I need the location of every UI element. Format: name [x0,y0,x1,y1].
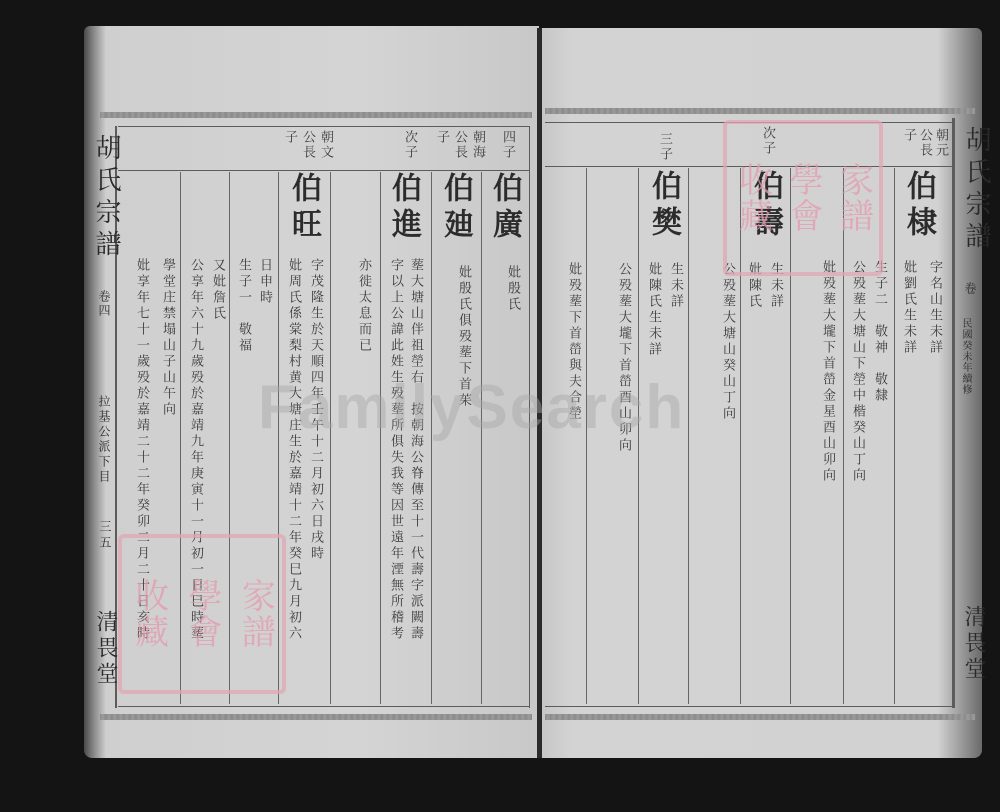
entry-text: 生未詳 [668,262,683,310]
header-second-son: 次子 [402,130,417,160]
entry-text: 學堂庄禁塌山子山午向 [160,258,175,418]
entry-text: 妣殁塟大壠下首嵤金星酉山卯向 [820,260,835,484]
seal-text: 家譜 [834,162,874,234]
page-number: 三五 [97,520,114,552]
seal-text: 學會 [783,162,823,234]
top-border-band-right [545,108,975,114]
frame-bottom-rule [118,706,530,707]
frame-top-rule [118,126,530,127]
entry-text: 塟大塘山伴祖塋右 按朝海公脊傳至十一代壽字派闕壽 [408,258,423,642]
seal-text: 學會 [182,578,222,650]
section-label: 拉基公派下目 [96,395,113,485]
column-line [894,168,895,704]
spine-divider-right [952,118,955,708]
person-name-bo-fan: 伯樊 [646,170,680,242]
bottom-border-band-left [100,714,532,720]
person-name-bo-wang: 伯旺 [286,172,320,244]
book-title-spine-left: 胡氏宗譜 [88,134,125,262]
person-name-bo-di2: 伯棣 [901,170,935,242]
person-name-bo-guang: 伯廣 [487,172,521,244]
top-border-band-left [100,112,532,118]
collection-seal-top: 家譜 學會 收藏 [723,120,883,276]
bottom-border-band-right [545,714,975,720]
entry-text: 生子二 敬神 敬隸 [872,260,887,404]
header-chaowen-eldest: 朝文公長子 [280,130,334,170]
collection-seal-bottom: 家譜 學會 收藏 [118,534,286,694]
entry-text: 妣陳氏生未詳 [646,262,661,358]
book-title-spine-right: 胡氏宗譜 [958,126,995,254]
entry-text: 公殁塟大塘山癸山丁向 [720,262,735,422]
entry-text: 妣殷氏 [505,265,520,313]
header-chaoyuan-eldest: 朝元公長子 [900,128,948,164]
entry-text: 日申時 [257,258,272,306]
header-chaohai-eldest: 朝海公長子 [432,130,486,170]
hall-name-right: 清畏堂 [958,605,989,683]
entry-text: 亦徙太息而已 [356,258,371,354]
column-line [688,168,689,704]
entry-text: 字以上公諱此姓生殁塟所俱失我等因世遠年湮無所稽考 [388,258,403,642]
entry-text: 又妣詹氏 [210,258,225,322]
familysearch-watermark: FamilySearch [258,372,685,443]
entry-text: 妣周氏係棠梨村黄大塘庄生於嘉靖十二年癸巳九月初六 [286,258,301,642]
volume-label-right: 卷 [962,282,979,294]
seal-text: 收藏 [732,162,772,234]
header-fourth-son: 四子 [500,130,515,160]
person-name-bo-di: 伯廸 [438,172,472,244]
header-divider [118,170,530,171]
header-third-son: 三子 [657,132,672,162]
entry-text: 妣劉氏生未詳 [901,260,916,356]
frame-bottom-rule-right [545,706,953,707]
seal-text: 家譜 [235,578,275,650]
volume-label-left: 卷四 [96,290,113,318]
entry-text: 字名山生未詳 [927,260,942,356]
entry-text: 生子一 敬福 [236,258,251,354]
person-name-bo-jin: 伯進 [386,172,420,244]
entry-text: 公殁塟大塘山下塋中楷癸山丁向 [850,260,865,484]
seal-text: 收藏 [129,578,169,650]
revision-note: 民國癸未年續修 [958,318,973,395]
hall-name-left: 清畏堂 [90,610,121,688]
